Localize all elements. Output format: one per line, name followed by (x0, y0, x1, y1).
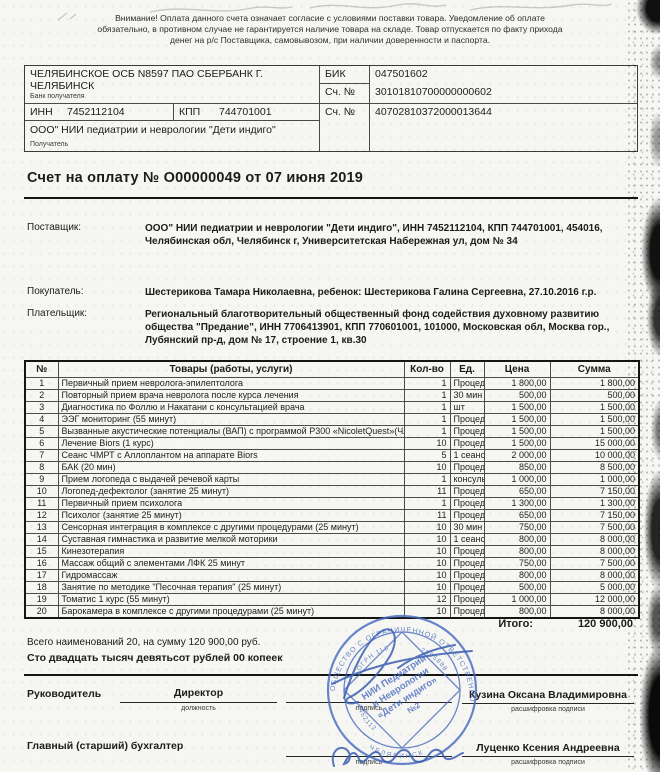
head-name: Кузина Оксана Владимировна (462, 689, 634, 701)
title-rule (24, 197, 638, 199)
bank-requisites-table: ЧЕЛЯБИНСКОЕ ОСБ N8597 ПАО СБЕРБАНК Г. ЧЕ… (24, 65, 638, 152)
head-position: Директор (120, 687, 277, 699)
table-row: 13Сенсорная интеграция в комплексе с дру… (25, 521, 639, 533)
cell-num: 10 (25, 485, 58, 497)
buyer-label: Покупатель: (27, 286, 84, 297)
stamp-ogrn-number: 2005888 (420, 647, 449, 673)
cell-price: 2 000,00 (484, 449, 550, 461)
supplier-value: ООО" НИИ педиатрии и неврологии "Дети ин… (145, 222, 642, 248)
cell-name: Первичный прием психолога (58, 497, 404, 509)
account-label: Сч. № (325, 106, 355, 118)
cell-name: Повторный прием врача невролога после ку… (58, 389, 404, 401)
table-row: 16Массаж общий с элементами ЛФК 25 минут… (25, 557, 639, 569)
cell-qty: 12 (404, 593, 450, 605)
payment-notice: Внимание! Оплата данного счета означает … (95, 13, 565, 47)
recipient-name: ООО" НИИ педиатрии и неврологии "Дети ин… (30, 124, 276, 136)
cell-name: Томатис 1 курс (55 минут) (58, 593, 404, 605)
cell-unit: 30 мин (450, 389, 484, 401)
cell-unit: 30 мин (450, 521, 484, 533)
cell-unit: Процед (450, 509, 484, 521)
cell-qty: 10 (404, 521, 450, 533)
cell-name: Кинезотерапия (58, 545, 404, 557)
bank-name-caption: Банк получателя (30, 93, 85, 100)
cell-name: Логопед-дефектолог (занятие 25 минут) (58, 485, 404, 497)
cell-qty: 1 (404, 425, 450, 437)
divider (369, 66, 370, 151)
cell-sum: 8 000,00 (550, 569, 639, 581)
divider (319, 83, 369, 84)
cell-unit: Процед (450, 461, 484, 473)
cell-sum: 1 500,00 (550, 401, 639, 413)
cell-qty: 10 (404, 605, 450, 618)
svg-text:ОГРН 113: ОГРН 113 (356, 645, 390, 673)
cell-price: 1 300,00 (484, 497, 550, 509)
cell-sum: 8 000,00 (550, 605, 639, 618)
cell-name: Сенсорная интеграция в комплексе с други… (58, 521, 404, 533)
bik-value: 047501602 (375, 68, 428, 80)
cell-price: 1 500,00 (484, 413, 550, 425)
table-row: 15Кинезотерапия10Процед800,008 000,00 (25, 545, 639, 557)
items-header-row: № Товары (работы, услуги) Кол-во Ед. Цен… (25, 361, 639, 377)
divider (173, 103, 174, 120)
cell-qty: 10 (404, 461, 450, 473)
total-in-words: Сто двадцать тысяч девятьсот рублей 00 к… (27, 652, 283, 664)
cell-price: 800,00 (484, 569, 550, 581)
inn-value: 7452112104 (67, 106, 125, 118)
cell-sum: 7 150,00 (550, 485, 639, 497)
cell-price: 750,00 (484, 521, 550, 533)
table-row: 19Томатис 1 курс (55 минут)12Процед1 000… (25, 593, 639, 605)
cell-sum: 7 150,00 (550, 509, 639, 521)
cell-price: 1 500,00 (484, 401, 550, 413)
cell-num: 19 (25, 593, 58, 605)
cell-price: 800,00 (484, 533, 550, 545)
payer-value: Региональный благотворительный обществен… (145, 308, 642, 347)
accountant-name: Луценко Ксения Андреевна (462, 742, 634, 754)
cell-sum: 500,00 (550, 389, 639, 401)
bank-name: ЧЕЛЯБИНСКОЕ ОСБ N8597 ПАО СБЕРБАНК Г. ЧЕ… (30, 68, 280, 92)
cell-unit: 1 сеанс (450, 533, 484, 545)
table-row: 18Занятие по методике "Песочная терапия"… (25, 581, 639, 593)
cell-num: 9 (25, 473, 58, 485)
cell-qty: 1 (404, 389, 450, 401)
cell-name: Занятие по методике "Песочная терапия" (… (58, 581, 404, 593)
cell-unit: Процед (450, 593, 484, 605)
cell-qty: 1 (404, 377, 450, 389)
cell-sum: 1 800,00 (550, 377, 639, 389)
cell-name: Барокамера в комплексе с другими процеду… (58, 605, 404, 618)
cell-num: 7 (25, 449, 58, 461)
cell-num: 3 (25, 401, 58, 413)
cell-qty: 10 (404, 437, 450, 449)
cell-sum: 12 000,00 (550, 593, 639, 605)
head-signature-line (286, 702, 452, 703)
head-signature-stroke (344, 629, 395, 703)
cell-num: 20 (25, 605, 58, 618)
cell-unit: Процед (450, 605, 484, 618)
corr-account-label: Сч. № (325, 86, 355, 98)
col-header-num: № (25, 361, 58, 377)
cell-name: Гидромассаж (58, 569, 404, 581)
cell-qty: 5 (404, 449, 450, 461)
bik-label: БИК (325, 68, 346, 80)
accountant-name-line (462, 756, 634, 757)
divider (319, 66, 320, 151)
cell-num: 12 (25, 509, 58, 521)
stamp-center-line3: «Дети индиго» (375, 675, 439, 722)
cell-unit: Процед (450, 425, 484, 437)
cell-qty: 1 (404, 473, 450, 485)
cell-name: БАК (20 мин) (58, 461, 404, 473)
cell-num: 1 (25, 377, 58, 389)
cell-price: 650,00 (484, 485, 550, 497)
cell-unit: Процед (450, 581, 484, 593)
cell-qty: 10 (404, 581, 450, 593)
cell-name: Первичный прием невролога-эпилептолога (58, 377, 404, 389)
buyer-value: Шестерикова Тамара Николаевна, ребенок: … (145, 286, 642, 299)
table-row: 7Сеанс ЧМРТ с Аллоплантом на аппарате Bi… (25, 449, 639, 461)
cell-price: 1 800,00 (484, 377, 550, 389)
cell-unit: Процед (450, 485, 484, 497)
cell-sum: 7 500,00 (550, 557, 639, 569)
footer-rule (24, 674, 638, 676)
supplier-label: Поставщик: (27, 222, 81, 233)
table-row: 11Первичный прием психолога1Процед1 300,… (25, 497, 639, 509)
cell-sum: 7 500,00 (550, 521, 639, 533)
cell-name: Лечение Biors (1 курс) (58, 437, 404, 449)
cell-name: Диагностика по Фоллю и Накатани с консул… (58, 401, 404, 413)
cell-num: 14 (25, 533, 58, 545)
cell-qty: 1 (404, 497, 450, 509)
cell-sum: 8 000,00 (550, 545, 639, 557)
svg-text:ЧЕЛЯБИНСК: ЧЕЛЯБИНСК (368, 744, 426, 760)
table-row: 12Психолог (занятие 25 минут)11Процед650… (25, 509, 639, 521)
table-row: 17Гидромассаж10Процед800,008 000,00 (25, 569, 639, 581)
divider (25, 120, 319, 121)
position-line (120, 702, 277, 703)
cell-num: 15 (25, 545, 58, 557)
invoice-title: Счет на оплату № О00000049 от 07 июня 20… (27, 170, 363, 186)
position-caption: должность (120, 705, 277, 712)
head-signature-flourish (332, 651, 472, 684)
stamp-ogrn: ОГРН 113 (356, 645, 390, 673)
accountant-signature-line (286, 756, 452, 757)
total-value: 120 900,00 (533, 618, 633, 630)
invoice-scan-page: Внимание! Оплата данного счета означает … (0, 0, 660, 772)
cell-sum: 8 500,00 (550, 461, 639, 473)
accountant-signature-caption: подпись (286, 759, 452, 766)
cell-qty: 10 (404, 557, 450, 569)
accountant-label: Главный (старший) бухгалтер (27, 740, 183, 752)
cell-unit: Процед (450, 545, 484, 557)
company-stamp: ОБЩЕСТВО С ОГРАНИЧЕННОЙ ОТВЕТСТВЕННОСТЬЮ… (318, 612, 486, 772)
cell-price: 750,00 (484, 557, 550, 569)
cell-num: 8 (25, 461, 58, 473)
table-row: 6Лечение Biors (1 курс)10Процед1 500,001… (25, 437, 639, 449)
cell-sum: 1 500,00 (550, 413, 639, 425)
head-signature-caption: подпись (286, 705, 452, 712)
cell-num: 6 (25, 437, 58, 449)
head-label: Руководитель (27, 688, 101, 700)
cell-unit: Процед (450, 377, 484, 389)
items-table: № Товары (работы, услуги) Кол-во Ед. Цен… (24, 360, 640, 619)
col-header-unit: Ед. (450, 361, 484, 377)
cell-qty: 11 (404, 509, 450, 521)
kpp-label: КПП (179, 106, 200, 118)
cell-price: 800,00 (484, 605, 550, 618)
cell-sum: 1 300,00 (550, 497, 639, 509)
cell-name: Психолог (занятие 25 минут) (58, 509, 404, 521)
cell-name: ЭЭГ мониторинг (55 минут) (58, 413, 404, 425)
payer-label: Плательщик: (27, 308, 87, 319)
cell-name: Суставная гимнастика и развитие мелкой м… (58, 533, 404, 545)
cell-num: 16 (25, 557, 58, 569)
table-row: 14Суставная гимнастика и развитие мелкой… (25, 533, 639, 545)
account-value: 40702810372000013644 (375, 106, 492, 118)
col-header-name: Товары (работы, услуги) (58, 361, 404, 377)
col-header-qty: Кол-во (404, 361, 450, 377)
table-row: 8БАК (20 мин)10Процед850,008 500,00 (25, 461, 639, 473)
inn-label: ИНН (30, 106, 53, 118)
cell-price: 1 500,00 (484, 437, 550, 449)
table-row: 9Прием логопеда с выдачей речевой карты1… (25, 473, 639, 485)
cell-qty: 1 (404, 413, 450, 425)
cell-sum: 1 000,00 (550, 473, 639, 485)
cell-sum: 5 000,00 (550, 581, 639, 593)
cell-unit: Процед (450, 437, 484, 449)
cell-price: 800,00 (484, 545, 550, 557)
recipient-caption: Получатель (30, 141, 68, 148)
cell-unit: Процед (450, 569, 484, 581)
cell-num: 11 (25, 497, 58, 509)
cell-qty: 11 (404, 485, 450, 497)
cell-price: 1 000,00 (484, 593, 550, 605)
table-row: 1Первичный прием невролога-эпилептолога1… (25, 377, 639, 389)
cell-num: 18 (25, 581, 58, 593)
corr-account-value: 30101810700000000602 (375, 86, 492, 98)
stamp-center-line2: и Неврологии (370, 665, 431, 710)
cell-num: 4 (25, 413, 58, 425)
cell-name: Массаж общий с элементами ЛФК 25 минут (58, 557, 404, 569)
svg-text:2005888: 2005888 (420, 647, 449, 673)
col-header-sum: Сумма (550, 361, 639, 377)
cell-unit: 1 сеанс (450, 449, 484, 461)
cell-unit: Процед (450, 557, 484, 569)
table-row: 2Повторный прием врача невролога после к… (25, 389, 639, 401)
cell-name: Вызванные акустические потенциалы (ВАП) … (58, 425, 404, 437)
cell-name: Сеанс ЧМРТ с Аллоплантом на аппарате Bio… (58, 449, 404, 461)
stamp-city: ЧЕЛЯБИНСК (368, 744, 426, 760)
cell-qty: 10 (404, 569, 450, 581)
stamp-center-line1: НИИ Педиатрии (360, 653, 429, 703)
cell-sum: 1 500,00 (550, 425, 639, 437)
cell-price: 1 000,00 (484, 473, 550, 485)
cell-qty: 10 (404, 533, 450, 545)
head-name-caption: расшифровка подписи (462, 706, 634, 713)
cell-name: Прием логопеда с выдачей речевой карты (58, 473, 404, 485)
cell-num: 17 (25, 569, 58, 581)
cell-sum: 15 000,00 (550, 437, 639, 449)
cell-num: 5 (25, 425, 58, 437)
cell-num: 2 (25, 389, 58, 401)
cell-price: 650,00 (484, 509, 550, 521)
accountant-name-caption: расшифровка подписи (462, 759, 634, 766)
cell-price: 850,00 (484, 461, 550, 473)
table-row: 4ЭЭГ мониторинг (55 минут)1Процед1 500,0… (25, 413, 639, 425)
col-header-price: Цена (484, 361, 550, 377)
cell-qty: 10 (404, 545, 450, 557)
cell-price: 500,00 (484, 389, 550, 401)
cell-price: 500,00 (484, 581, 550, 593)
cell-unit: шт (450, 401, 484, 413)
total-line: Итого:120 900,00 (24, 618, 633, 630)
cell-sum: 8 000,00 (550, 533, 639, 545)
table-row: 10Логопед-дефектолог (занятие 25 минут)1… (25, 485, 639, 497)
cell-price: 1 500,00 (484, 425, 550, 437)
cell-unit: консуль (450, 473, 484, 485)
cell-unit: Процед (450, 497, 484, 509)
head-name-line (462, 703, 634, 704)
table-row: 3Диагностика по Фоллю и Накатани с консу… (25, 401, 639, 413)
items-summary: Всего наименований 20, на сумму 120 900,… (27, 637, 260, 648)
cell-num: 13 (25, 521, 58, 533)
kpp-value: 744701001 (219, 106, 272, 118)
cell-sum: 10 000,00 (550, 449, 639, 461)
table-row: 5Вызванные акустические потенциалы (ВАП)… (25, 425, 639, 437)
items-body: 1Первичный прием невролога-эпилептолога1… (25, 377, 639, 618)
cell-qty: 1 (404, 401, 450, 413)
cell-unit: Процед (450, 413, 484, 425)
total-label: Итого: (498, 618, 533, 630)
table-row: 20Барокамера в комплексе с другими проце… (25, 605, 639, 618)
divider (25, 103, 637, 104)
